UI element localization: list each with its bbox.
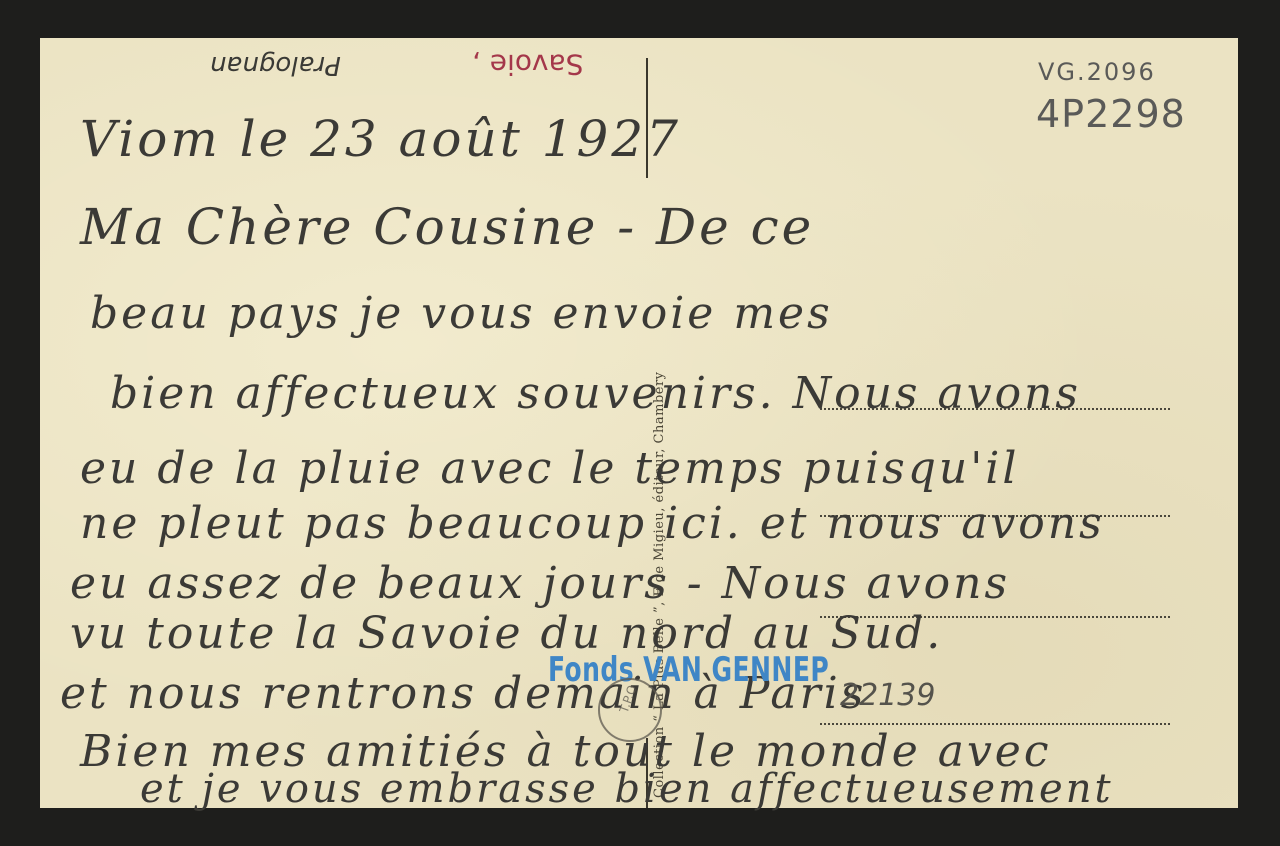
message-line-6: ne pleut pas beaucoup ici. et nous avons <box>80 498 1105 549</box>
message-line-1: Viom le 23 août 1927 <box>80 110 681 168</box>
region-annotation: Savoie , <box>472 48 583 81</box>
archive-ref-4p: 4P2298 <box>1036 92 1186 136</box>
postmark-circle: T.P.O <box>598 678 662 742</box>
archive-ref-vg: VG.2096 <box>1038 58 1156 86</box>
message-line-3: beau pays je vous envoie mes <box>90 288 833 339</box>
place-annotation: Pralognan <box>210 50 341 80</box>
message-line-5: eu de la pluie avec le temps puisqu'il <box>80 443 1019 494</box>
address-line-4 <box>820 723 1170 725</box>
postmark-text: T.P.O <box>617 683 640 714</box>
fonds-van-gennep-stamp: Fonds VAN GENNEP <box>548 650 829 690</box>
message-line-2: Ma Chère Cousine - De ce <box>80 198 814 256</box>
message-line-7: eu assez de beaux jours - Nous avons <box>70 558 1010 609</box>
postcard: Collection “ La Plus Belle ”, F de Migie… <box>40 38 1238 808</box>
message-line-4: bien affectueux souvenirs. Nous avons <box>110 368 1081 419</box>
stamp-number: 22139 <box>840 678 935 713</box>
message-line-11: et je vous embrasse bien affectueusement <box>140 766 1114 812</box>
